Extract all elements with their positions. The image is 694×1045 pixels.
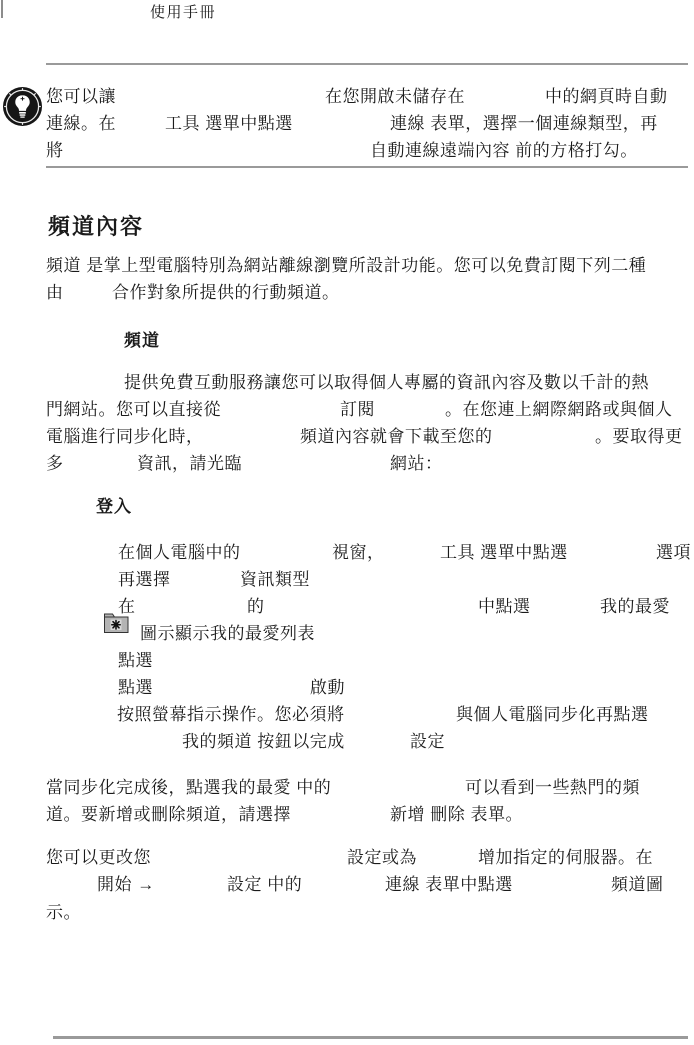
para-line: 電腦進行同步化時，頻道內容就會下載至您的。要取得更 [0,424,694,451]
list-line: 我的頻道 按鈕以完成設定 [0,729,694,756]
list-line: 在個人電腦中的視窗，工具 選單中點選選項 [0,540,694,567]
text-segment: 訂閱 [340,399,375,420]
sub-heading: 頻道 [0,328,694,355]
text-segment: 由 [46,282,64,303]
text-segment: 設定 中的 [227,874,302,895]
text-segment: 電腦進行同步化時， [46,426,204,447]
favorites-folder-icon [103,612,130,639]
text-segment: 道。要新增或刪除頻道，請選擇 [46,804,291,825]
para-line: 開始 →設定 中的連線 表單中點選頻道圖 [0,872,694,899]
text-segment: 視窗， [332,542,385,563]
text-segment: 可以看到一些熱門的頻 [465,777,640,798]
note-line: 將自動連線遠端內容 前的方格打勾。 [0,138,694,165]
text-segment: 頻道內容就會下載至您的 [300,426,493,447]
text-segment: 連線 表單中點選 [385,874,513,895]
para-line: 示。 [0,900,694,927]
text-segment: 門網站。您可以直接從 [46,399,221,420]
text-segment: 圖示顯示我的最愛列表 [140,623,315,644]
text-segment: 網站： [390,453,443,474]
para-line: 頻道 是掌上型電腦特別為網站離線瀏覽所設計功能。您可以免費訂閱下列二種 [0,253,694,280]
text-segment: 在個人電腦中的 [118,542,241,563]
note-top-rule [46,63,688,65]
text-segment: 頻道內容 [48,216,144,237]
text-segment: 多 [46,453,64,474]
note-line: 您可以讓在您開啟未儲存在中的網頁時自動 [0,84,694,111]
text-segment: 的 [247,596,265,617]
text-segment: 設定或為 [347,847,417,868]
list-line: 點選 [0,648,694,675]
text-segment: 自動連線遠端內容 前的方格打勾。 [370,140,638,161]
para-line: 多資訊，請光臨網站： [0,451,694,478]
text-segment: 示。 [46,902,81,923]
text-segment: 頻道 [124,330,160,351]
text-segment: 啟動 [310,677,345,698]
para-line: 門網站。您可以直接從訂閱。在您連上網際網路或與個人 [0,397,694,424]
text-segment: 您可以讓 [46,86,116,107]
text-segment: 我的頻道 按鈕以完成 [182,731,345,752]
text-segment: 中點選 [478,596,531,617]
text-segment: 中的網頁時自動 [545,86,668,107]
text-segment: 點選 [118,650,153,671]
text-segment: 合作對象所提供的行動頻道。 [112,282,340,303]
text-segment: 。要取得更 [595,426,683,447]
text-segment: 連線。在 [46,113,116,134]
text-segment: 開始 → [97,874,155,895]
text-segment: 設定 [410,731,445,752]
text-segment: 資訊，請光臨 [137,453,242,474]
note-line: 連線。在工具 選單中點選連線 表單，選擇一個連線類型，再 [0,111,694,138]
para-line: 由合作對象所提供的行動頻道。 [0,280,694,307]
section-heading: 頻道內容 [0,216,694,243]
text-segment: 按照螢幕指示操作。您必須將 [117,704,345,725]
text-segment: 使用手冊 [150,2,216,23]
text-segment: 登入 [96,496,132,517]
para-line: 當同步化完成後，點選我的最愛 中的可以看到一些熱門的頻 [0,775,694,802]
text-segment: 您可以更改您 [46,847,151,868]
text-segment: 。在您連上網際網路或與個人 [445,399,673,420]
text-segment: 提供免費互動服務讓您可以取得個人專屬的資訊內容及數以千計的熱 [124,372,649,393]
note-bottom-rule [46,166,688,168]
text-segment: 再選擇 [118,569,171,590]
para-line: 提供免費互動服務讓您可以取得個人專屬的資訊內容及數以千計的熱 [0,370,694,397]
text-segment: 頻道圖 [611,874,664,895]
text-segment: 工具 選單中點選 [440,542,568,563]
text-segment: 我的最愛 [600,596,670,617]
text-segment: 連線 表單，選擇一個連線類型，再 [390,113,658,134]
sub-heading: 登入 [0,494,694,521]
page-bottom-rule [53,1036,688,1039]
manual-page: 使用手冊您可以讓在您開啟未儲存在中的網頁時自動連線。在工具 選單中點選連線 表單… [0,0,694,1045]
para-line: 您可以更改您設定或為增加指定的伺服器。在 [0,845,694,872]
text-segment: 資訊類型 [240,569,310,590]
para-line: 道。要新增或刪除頻道，請選擇新增 刪除 表單。 [0,802,694,829]
list-line: 按照螢幕指示操作。您必須將與個人電腦同步化再點選 [0,702,694,729]
text-segment: 在您開啟未儲存在 [325,86,465,107]
text-segment: 頻道 是掌上型電腦特別為網站離線瀏覽所設計功能。您可以免費訂閱下列二種 [46,255,646,276]
list-line: 點選啟動 [0,675,694,702]
text-segment: 新增 刪除 表單。 [390,804,523,825]
page-header-title: 使用手冊 [0,2,694,29]
text-segment: 當同步化完成後，點選我的最愛 中的 [46,777,331,798]
list-line: 圖示顯示我的最愛列表 [0,621,694,648]
text-segment: 將 [46,140,64,161]
text-segment: 選項 [656,542,691,563]
text-segment: 工具 選單中點選 [165,113,293,134]
text-segment: 點選 [118,677,153,698]
list-line: 再選擇資訊類型 [0,567,694,594]
text-segment: 增加指定的伺服器。在 [478,847,653,868]
text-segment: 與個人電腦同步化再點選 [456,704,649,725]
